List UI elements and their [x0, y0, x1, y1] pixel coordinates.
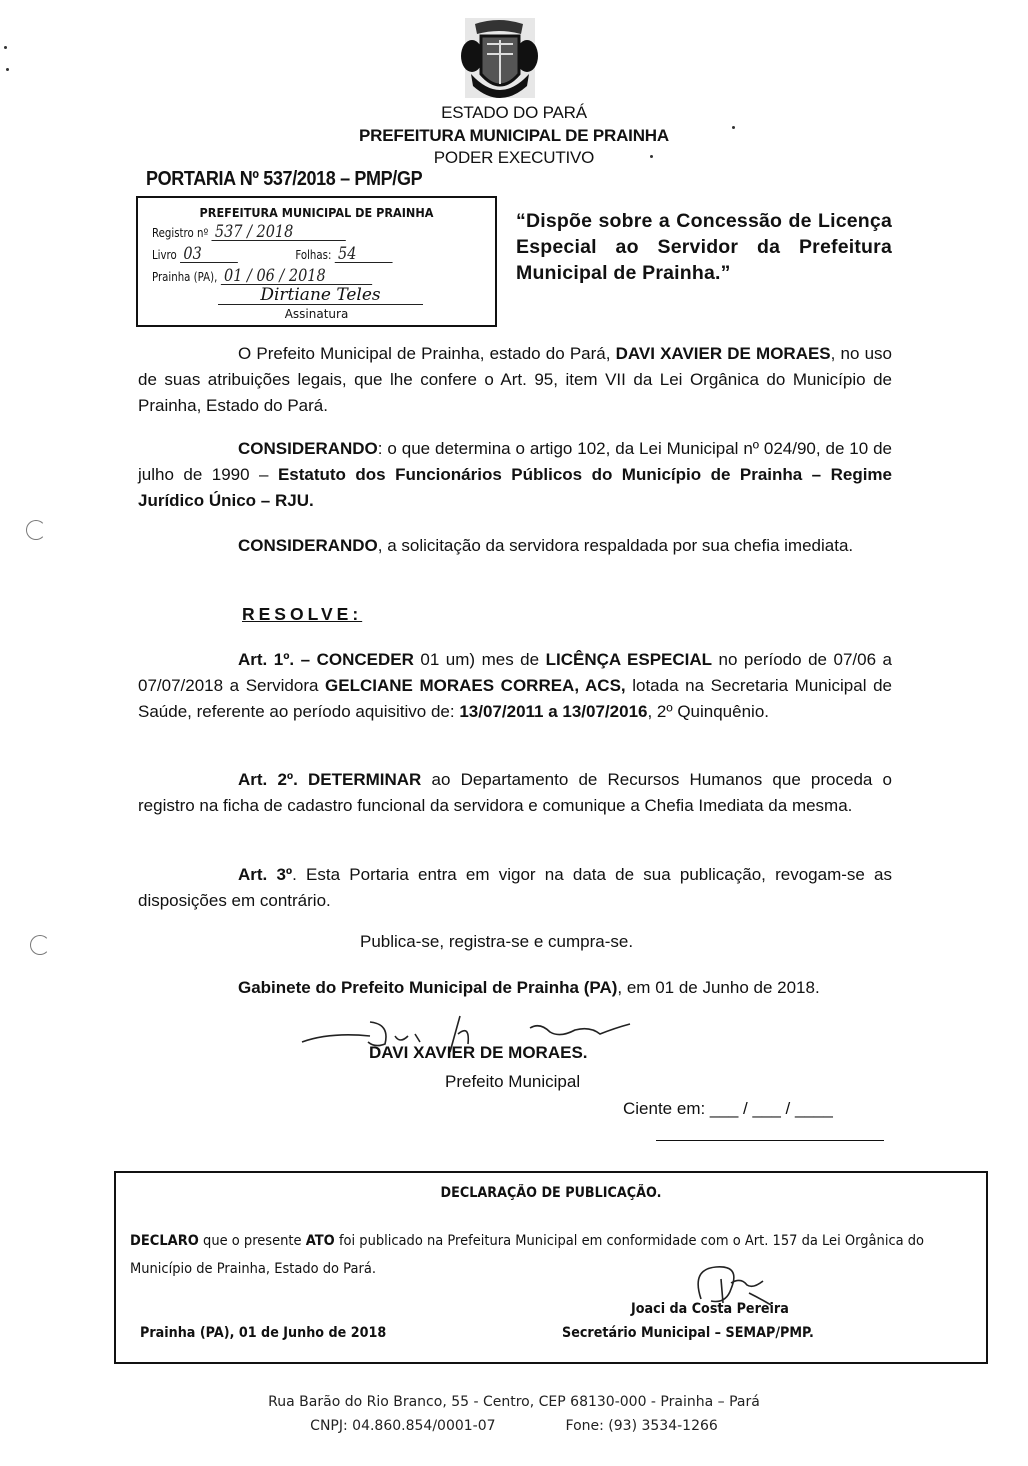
secretary-role: Secretário Municipal – SEMAP/PMP.	[562, 1325, 814, 1341]
gabinete-paragraph: Gabinete do Prefeito Municipal de Prainh…	[138, 975, 892, 1001]
declaration-text: DECLARO que o presente ATO foi publicado…	[130, 1227, 976, 1283]
mayor-name: DAVI XAVIER DE MORAES.	[369, 1043, 588, 1063]
registry-signature: Dirtiane Teles	[218, 286, 423, 305]
portaria-title: PORTARIA Nº 537/2018 – PMP/GP	[146, 168, 422, 191]
article-1-paragraph: Art. 1º. – CONCEDER 01 um) mes de LICÊNÇ…	[138, 647, 892, 725]
ciente-field: Ciente em: ___ / ___ / ____	[623, 1099, 833, 1119]
closing-formula: Publica-se, registra-se e cumpra-se.	[360, 932, 633, 952]
registry-date-value: 01 / 06 / 2018	[221, 268, 372, 285]
registry-date-label: Prainha (PA),	[152, 270, 217, 284]
footer-contact: CNPJ: 04.860.854/0001-07Fone: (93) 3534-…	[0, 1418, 1028, 1434]
declaration-date: Prainha (PA), 01 de Junho de 2018	[140, 1325, 386, 1341]
intro-paragraph: O Prefeito Municipal de Prainha, estado …	[138, 341, 892, 419]
scan-speck	[4, 46, 7, 49]
book-value: 03	[180, 246, 238, 263]
state-heading: ESTADO DO PARÁ	[0, 103, 1028, 123]
scan-speck	[732, 126, 735, 129]
registry-number-row: Registro nº 537 / 2018	[152, 224, 346, 241]
footer-address: Rua Barão do Rio Branco, 55 - Centro, CE…	[0, 1394, 1028, 1410]
book-label: Livro	[152, 248, 177, 262]
registry-number-label: Registro nº	[152, 226, 208, 240]
registry-title: PREFEITURA MUNICIPAL DE PRAINHA	[156, 205, 477, 220]
ciente-signature-line	[656, 1140, 884, 1141]
registry-date-row: Prainha (PA), 01 / 06 / 2018	[152, 268, 372, 285]
book-row: Livro 03 Folhas: 54	[152, 246, 392, 263]
coat-of-arms-icon	[457, 14, 542, 102]
scan-speck	[650, 155, 653, 158]
scan-artifact	[30, 935, 50, 955]
ementa: “Dispõe sobre a Concessão de Licença Esp…	[516, 208, 892, 286]
sheets-label: Folhas:	[295, 248, 331, 262]
registry-stamp: PREFEITURA MUNICIPAL DE PRAINHA Registro…	[136, 196, 497, 327]
article-2-paragraph: Art. 2º. DETERMINAR ao Departamento de R…	[138, 767, 892, 819]
secretary-name: Joaci da Costa Pereira	[631, 1301, 789, 1317]
signature-caption: Assinatura	[138, 307, 495, 321]
scan-artifact	[26, 520, 46, 540]
scan-speck	[6, 68, 9, 71]
footer-cnpj: CNPJ: 04.860.854/0001-07	[310, 1418, 495, 1434]
footer-phone: Fone: (93) 3534-1266	[566, 1418, 718, 1434]
mayor-role: Prefeito Municipal	[445, 1072, 580, 1092]
considerando-1-paragraph: CONSIDERANDO: o que determina o artigo 1…	[138, 436, 892, 514]
resolve-heading: RESOLVE:	[242, 604, 362, 625]
prefecture-heading: PREFEITURA MUNICIPAL DE PRAINHA	[0, 126, 1028, 146]
sheets-value: 54	[335, 246, 393, 263]
declaration-title: DECLARAÇÃO DE PUBLICAÇÃO.	[168, 1185, 934, 1201]
article-3-paragraph: Art. 3º. Esta Portaria entra em vigor na…	[138, 862, 892, 914]
registry-number-value: 537 / 2018	[212, 224, 346, 241]
branch-heading: PODER EXECUTIVO	[0, 148, 1028, 168]
considerando-2-paragraph: CONSIDERANDO, a solicitação da servidora…	[138, 533, 892, 559]
publication-declaration: DECLARAÇÃO DE PUBLICAÇÃO. DECLARO que o …	[114, 1171, 988, 1364]
